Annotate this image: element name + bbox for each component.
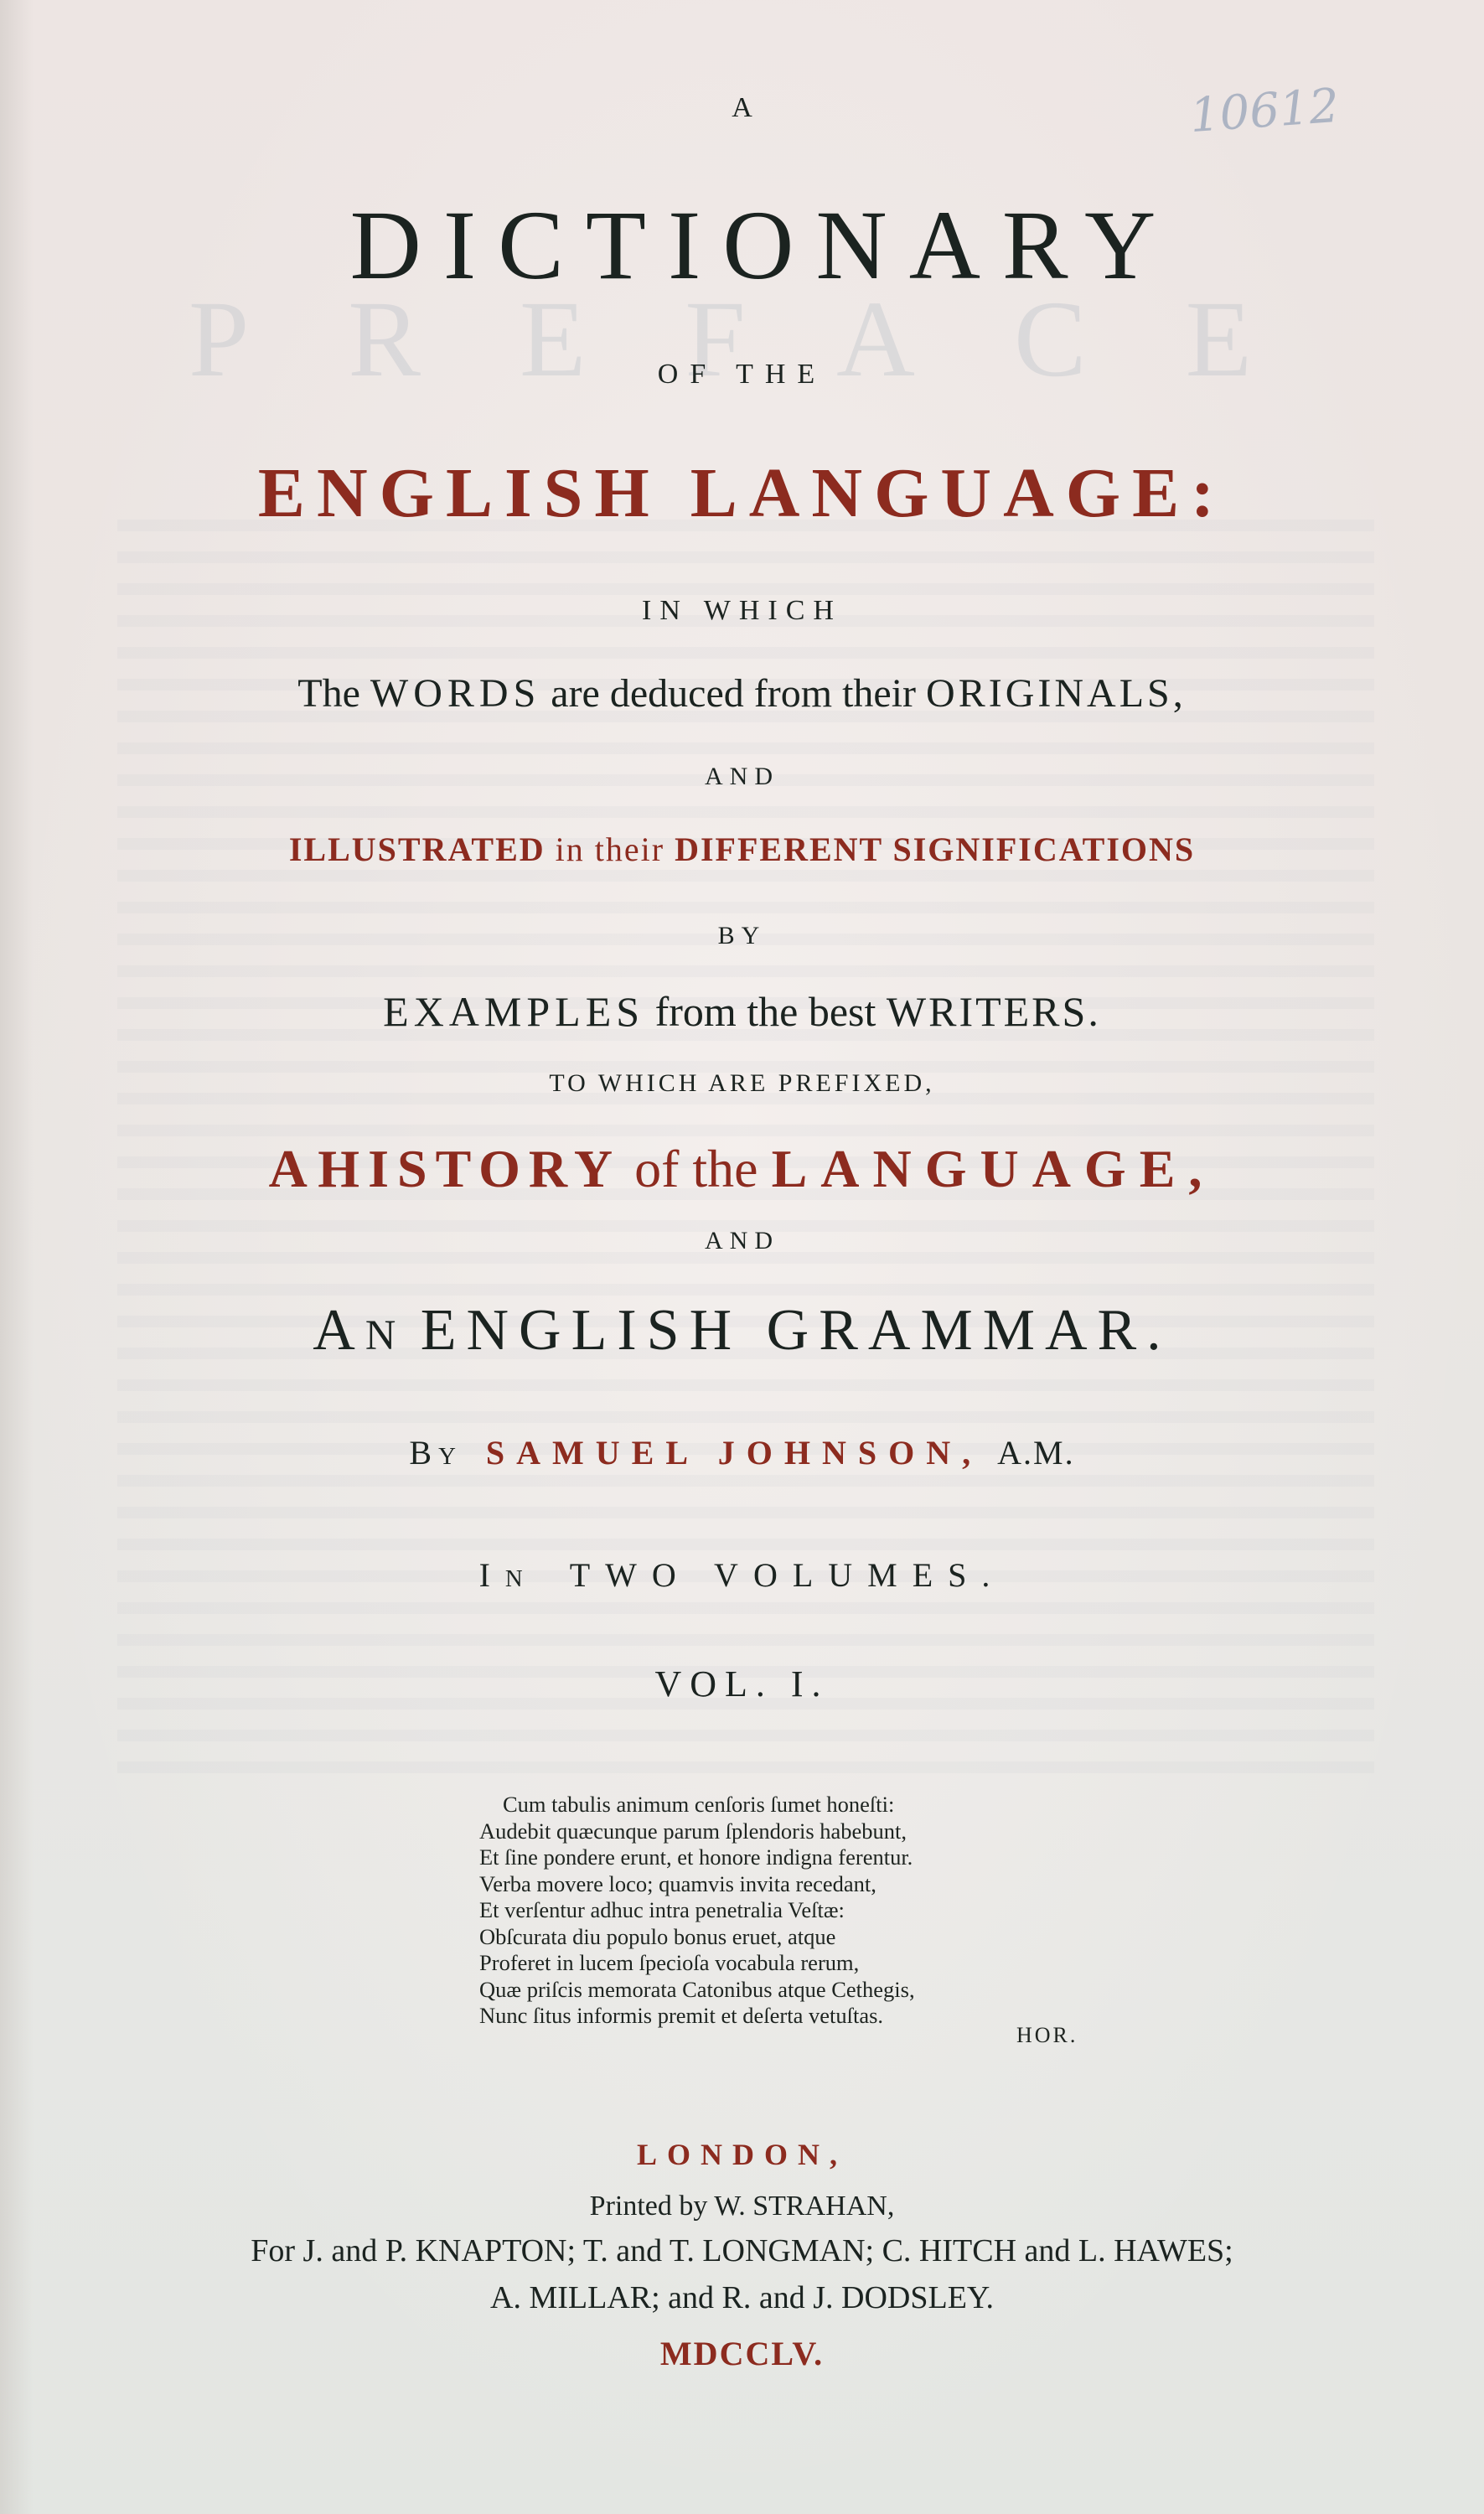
epigraph-line: Obſcurata diu populo bonus eruet, atque [479, 1924, 1116, 1951]
subtitle-by: BY [0, 922, 1484, 950]
grammar-rest: ENGLISH GRAMMAR. [421, 1298, 1171, 1363]
illustrated-caps: ILLUSTRATED [289, 830, 546, 868]
different-caps: DIFFERENT SIGNIFICATIONS [675, 830, 1195, 868]
epigraph-line: Verba movere loco; quamvis invita receda… [479, 1871, 1116, 1898]
author-degree: A.M. [997, 1434, 1074, 1472]
subtitle-and-2: AND [0, 1227, 1484, 1255]
subtitle-illustrated-line: ILLUSTRATED in their DIFFERENT SIGNIFICA… [0, 830, 1484, 869]
history-mid: of the [634, 1139, 758, 1198]
examples-caps: EXAMPLES [383, 988, 644, 1035]
imprint-printer: Printed by W. STRAHAN, [0, 2191, 1484, 2222]
volumes-rest: TWO VOLUMES. [570, 1556, 1006, 1594]
examples-mid: from the best [655, 988, 876, 1035]
subtitle-and-1: AND [0, 763, 1484, 791]
history-a: A [269, 1139, 305, 1198]
subtitle-history-line: A HISTORY of the LANGUAGE, [0, 1138, 1484, 1200]
title-page: PREFACE 10612 A DICTIONARY OF THE ENGLIS… [0, 0, 1484, 2514]
title-dictionary: DICTIONARY [0, 189, 1484, 303]
epigraph-attribution: HOR. [1016, 2023, 1078, 2048]
epigraph-line: Cum tabulis animum cenſoris ſumet honeſt… [479, 1792, 1116, 1818]
words-caps: WORDS [370, 671, 540, 716]
language-caps: LANGUAGE, [772, 1139, 1216, 1198]
grammar-an-a: A [313, 1298, 365, 1363]
subtitle-words-line: The WORDS are deduced from their ORIGINA… [0, 670, 1484, 716]
imprint-booksellers-2: A. MILLAR; and R. and J. DODSLEY. [0, 2279, 1484, 2316]
imprint-date: MDCCLV. [0, 2334, 1484, 2373]
volume-number: VOL. I. [0, 1663, 1484, 1705]
epigraph-line: Quæ priſcis memorata Catonibus atque Cet… [479, 1977, 1116, 2004]
volumes-in-i: I [479, 1556, 505, 1594]
epigraph: Cum tabulis animum cenſoris ſumet honeſt… [479, 1792, 1116, 2030]
subtitle-examples-line: EXAMPLES from the best WRITERS. [0, 987, 1484, 1036]
title-english-language: ENGLISH LANGUAGE: [0, 453, 1484, 534]
imprint-booksellers-1: For J. and P. KNAPTON; T. and T. LONGMAN… [0, 2232, 1484, 2269]
imprint-city: LONDON, [0, 2137, 1484, 2172]
author-by-b: B [409, 1434, 438, 1472]
grammar-an-n: N [365, 1311, 396, 1358]
illustrated-mid: in their [556, 830, 664, 868]
author-line: BY SAMUEL JOHNSON, A.M. [0, 1433, 1484, 1472]
volumes-in-n: N [505, 1565, 523, 1592]
subtitle-grammar-line: AN ENGLISH GRAMMAR. [0, 1297, 1484, 1364]
epigraph-line: Audebit quæcunque parum ſplendoris habeb… [479, 1818, 1116, 1845]
subtitle-to-which: TO WHICH ARE PREFIXED, [0, 1069, 1484, 1098]
author-by-y: Y [438, 1443, 456, 1470]
history-caps: HISTORY [318, 1139, 621, 1198]
writers-caps: WRITERS. [887, 988, 1101, 1035]
originals-caps: ORIGINALS, [926, 671, 1187, 716]
title-article: A [0, 92, 1484, 124]
volumes-line: IN TWO VOLUMES. [0, 1555, 1484, 1595]
subtitle-in-which: IN WHICH [0, 595, 1484, 627]
epigraph-line: Et ſine pondere erunt, et honore indigna… [479, 1844, 1116, 1871]
author-name: SAMUEL JOHNSON, [486, 1434, 982, 1472]
words-mid: are deduced from their [551, 671, 916, 716]
title-of-the: OF THE [0, 359, 1484, 391]
epigraph-line: Proferet in lucem ſpecioſa vocabula reru… [479, 1950, 1116, 1977]
words-pre: The [297, 671, 360, 716]
epigraph-line: Et verſentur adhuc intra penetralia Veſt… [479, 1897, 1116, 1924]
